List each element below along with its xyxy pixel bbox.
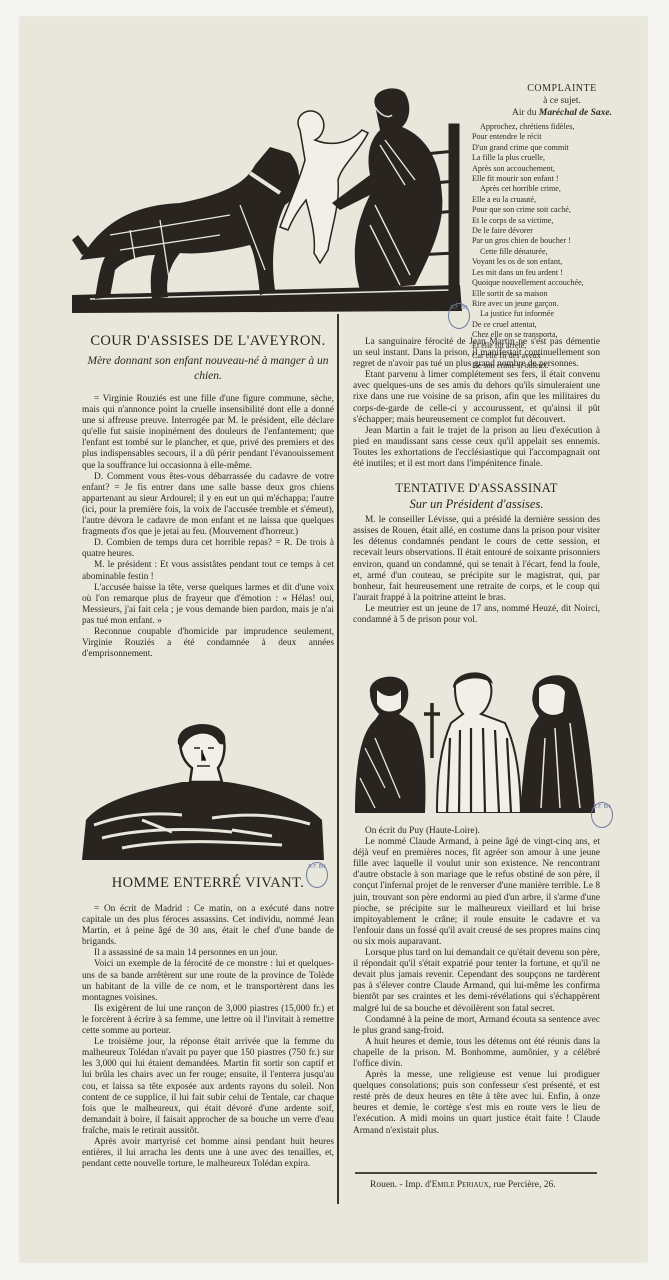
- verse-line: Par un gros chien de boucher !: [472, 236, 652, 246]
- verse-line: Elle sortit de sa maison: [472, 289, 652, 299]
- verse-line: De le faire dévorer: [472, 226, 652, 236]
- article-title: TENTATIVE D'ASSASSINAT: [353, 480, 600, 496]
- article-cour-assises-aveyron: COUR D'ASSISES DE L'AVEYRON. Mère donnan…: [82, 332, 334, 660]
- paragraph: M. le conseiller Lévisse, qui a présidé …: [353, 515, 600, 604]
- paragraph: Le meutrier est un jeune de 17 ans, nomm…: [353, 604, 600, 626]
- paragraph: = Virginie Rouziés est une fille d'une f…: [82, 394, 334, 472]
- paragraph: On écrit du Puy (Haute-Loire).: [353, 826, 600, 837]
- printer-imprint: Rouen. - Imp. d'Emile Periaux, rue Perci…: [370, 1180, 556, 1190]
- paragraph: Le troisième jour, la réponse était arri…: [82, 1037, 334, 1137]
- paragraph: Jean Martin a fait le trajet de la priso…: [353, 426, 600, 470]
- paragraph: La sanguinaire férocité de Jean Martin n…: [353, 337, 600, 370]
- woodcut-priest-condemned-nun: [355, 668, 595, 813]
- verse-line: Après son accouchement,: [472, 164, 652, 174]
- verse-line: D'un grand crime que commit: [472, 143, 652, 153]
- paragraph: A huit heures et demie, tous les détenus…: [353, 1037, 600, 1070]
- paragraph: L'accusée baisse la tête, verse quelques…: [82, 583, 334, 627]
- verse-line: Pour que son crime soit caché,: [472, 205, 652, 215]
- woodcut-illustration-icon: [355, 668, 595, 813]
- complainte-title: COMPLAINTE: [472, 82, 652, 95]
- paragraph: Le nommé Claude Armand, à peine âgé de v…: [353, 837, 600, 948]
- column-divider: [337, 314, 339, 1204]
- verse-line: Après cet horrible crime,: [472, 184, 652, 194]
- imprint-prefix: Rouen. - Imp. d': [370, 1180, 432, 1190]
- imprint-printer: Emile Periaux: [432, 1180, 489, 1190]
- stanza-3: Cette fille dénaturée, Voyant les os de …: [472, 247, 652, 309]
- verse-line: De ce cruel attentat,: [472, 320, 652, 330]
- paragraph: = On écrit de Madrid : Ce matin, on a ex…: [82, 904, 334, 948]
- library-stamp: R.F. BN: [448, 303, 470, 329]
- stanza-2: Après cet horrible crime, Elle a eu la c…: [472, 184, 652, 246]
- paragraph: M. le président : Et vous assistâtes pen…: [82, 560, 334, 582]
- library-stamp: R.F. BN: [591, 802, 613, 828]
- stanza-1: Approchez, chrétiens fidèles, Pour enten…: [472, 122, 652, 184]
- verse-line: La fille la plus cruelle,: [472, 153, 652, 163]
- article-homme-enterre-vivant: HOMME ENTERRÉ VIVANT. = On écrit de Madr…: [82, 874, 334, 1170]
- verse-line: Les mit dans un feu ardent !: [472, 268, 652, 278]
- woodcut-illustration-icon: [82, 720, 324, 860]
- paragraph: Reconnue coupable d'homicide par imprude…: [82, 627, 334, 660]
- air-name: Maréchal de Saxe.: [539, 108, 612, 118]
- verse-line: Voyant les os de son enfant,: [472, 257, 652, 267]
- paragraph: Il a assassiné de sa main 14 personnes e…: [82, 948, 334, 959]
- air-prefix: Air du: [512, 108, 539, 118]
- complainte-subtitle: à ce sujet.: [472, 95, 652, 107]
- paragraph: Après la messe, une religieuse est venue…: [353, 1070, 600, 1137]
- article-subtitle: Sur un Président d'assises.: [353, 496, 600, 512]
- article-claude-armand: On écrit du Puy (Haute-Loire). Le nommé …: [353, 826, 600, 1137]
- paragraph: Condamné à la peine de mort, Armand écou…: [353, 1015, 600, 1037]
- paragraph: D. Comment vous êtes-vous débarrassée du…: [82, 472, 334, 539]
- verse-line: Elle a eu la cruauté,: [472, 195, 652, 205]
- verse-line: Elle fit mourir son enfant !: [472, 174, 652, 184]
- paragraph: Après avoir martyrisé cet homme ainsi pe…: [82, 1137, 334, 1170]
- paragraph: D. Combien de temps dura cet horrible re…: [82, 538, 334, 560]
- paragraph: Voici un exemple de la férocité de ce mo…: [82, 959, 334, 1003]
- complainte-air: Air du Maréchal de Saxe.: [472, 107, 652, 120]
- verse-line: Approchez, chrétiens fidèles,: [472, 122, 652, 132]
- article-subtitle: Mère donnant son enfant nouveau-né à man…: [82, 354, 334, 384]
- paragraph: Etant parvenu à limer complétement ses f…: [353, 370, 600, 425]
- verse-line: La justice fut informée: [472, 309, 652, 319]
- article-continuation-jean-martin: La sanguinaire férocité de Jean Martin n…: [353, 337, 600, 626]
- verse-line: Et le corps de sa victime,: [472, 216, 652, 226]
- verse-line: Rire avec un jeune garçon.: [472, 299, 652, 309]
- woodcut-buried-man: [82, 720, 324, 860]
- imprint-rule: [355, 1172, 597, 1174]
- imprint-suffix: , rue Percière, 26.: [489, 1180, 556, 1190]
- verse-line: Cette fille dénaturée,: [472, 247, 652, 257]
- complainte-verse: COMPLAINTE à ce sujet. Air du Maréchal d…: [472, 82, 652, 372]
- verse-line: Quoique nouvellement accouchée,: [472, 278, 652, 288]
- article-title: HOMME ENTERRÉ VIVANT.: [82, 874, 334, 892]
- article-title: COUR D'ASSISES DE L'AVEYRON.: [82, 332, 334, 350]
- paragraph: Ils exigèrent de lui une rançon de 3,000…: [82, 1004, 334, 1037]
- verse-line: Pour entendre le récit: [472, 132, 652, 142]
- paragraph: Lorsque plus tard on lui demandait ce qu…: [353, 948, 600, 1015]
- woodcut-mother-dog-infant: [70, 85, 465, 313]
- woodcut-illustration-icon: [70, 85, 465, 313]
